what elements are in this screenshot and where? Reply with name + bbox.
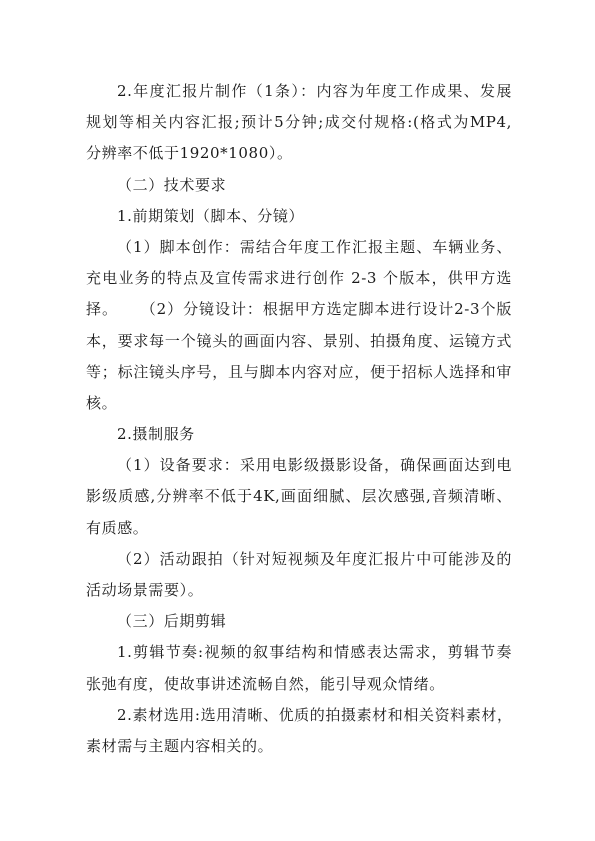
subheading-pre-planning: 1.前期策划（脚本、分镜） — [86, 201, 512, 232]
text-line: 核。 — [86, 388, 512, 419]
text-line: 张弛有度，使故事讲述流畅自然，能引导观众情绪。 — [86, 669, 512, 700]
paragraph-event-filming: （2）活动跟拍（针对短视频及年度汇报片中可能涉及的 活动场景需要）。 — [86, 544, 512, 606]
text-line: 规划等相关内容汇报;预计5分钟;成交付规格:(格式为MP4, — [86, 107, 512, 138]
text-line: 等；标注镜头序号，且与脚本内容对应，便于招标人选择和审 — [86, 357, 512, 388]
document-page: 2.年度汇报片制作（1条）：内容为年度工作成果、发展 规划等相关内容汇报;预计5… — [86, 76, 512, 762]
section-heading-technical-requirements: （二）技术要求 — [86, 170, 512, 201]
text-line: 2.素材选用:选用清晰、优质的拍摄素材和相关资料素材， — [86, 700, 512, 731]
paragraph-material-selection: 2.素材选用:选用清晰、优质的拍摄素材和相关资料素材， 素材需与主题内容相关的。 — [86, 700, 512, 762]
text-line: 本，要求每一个镜头的画面内容、景别、拍摄角度、运镜方式 — [86, 326, 512, 357]
text-line: （1）脚本创作：需结合年度工作汇报主题、车辆业务、 — [86, 232, 512, 263]
text-line: （2）活动跟拍（针对短视频及年度汇报片中可能涉及的 — [86, 544, 512, 575]
text-line: 素材需与主题内容相关的。 — [86, 731, 512, 762]
section-heading-post-editing: （三）后期剪辑 — [86, 606, 512, 637]
paragraph-equipment-requirements: （1）设备要求：采用电影级摄影设备，确保画面达到电 影级质感,分辨率不低于4K,… — [86, 450, 512, 544]
text-line: （1）设备要求：采用电影级摄影设备，确保画面达到电 — [86, 450, 512, 481]
text-line: 2.年度汇报片制作（1条）：内容为年度工作成果、发展 — [86, 76, 512, 107]
text-line: 影级质感,分辨率不低于4K,画面细腻、层次感强,音频清晰、 — [86, 481, 512, 512]
paragraph-script-storyboard: （1）脚本创作：需结合年度工作汇报主题、车辆业务、 充电业务的特点及宣传需求进行… — [86, 232, 512, 419]
text-line: 有质感。 — [86, 513, 512, 544]
text-line: 择。 （2）分镜设计：根据甲方选定脚本进行设计2-3个版 — [86, 294, 512, 325]
text-line: 充电业务的特点及宣传需求进行创作 2-3 个版本，供甲方选 — [86, 263, 512, 294]
paragraph-annual-report-video: 2.年度汇报片制作（1条）：内容为年度工作成果、发展 规划等相关内容汇报;预计5… — [86, 76, 512, 170]
subheading-production-service: 2.摄制服务 — [86, 419, 512, 450]
text-line: 分辨率不低于1920*1080）。 — [86, 138, 512, 169]
text-line: 1.剪辑节奏:视频的叙事结构和情感表达需求，剪辑节奏 — [86, 637, 512, 668]
text-line: 活动场景需要）。 — [86, 575, 512, 606]
paragraph-editing-rhythm: 1.剪辑节奏:视频的叙事结构和情感表达需求，剪辑节奏 张弛有度，使故事讲述流畅自… — [86, 637, 512, 699]
